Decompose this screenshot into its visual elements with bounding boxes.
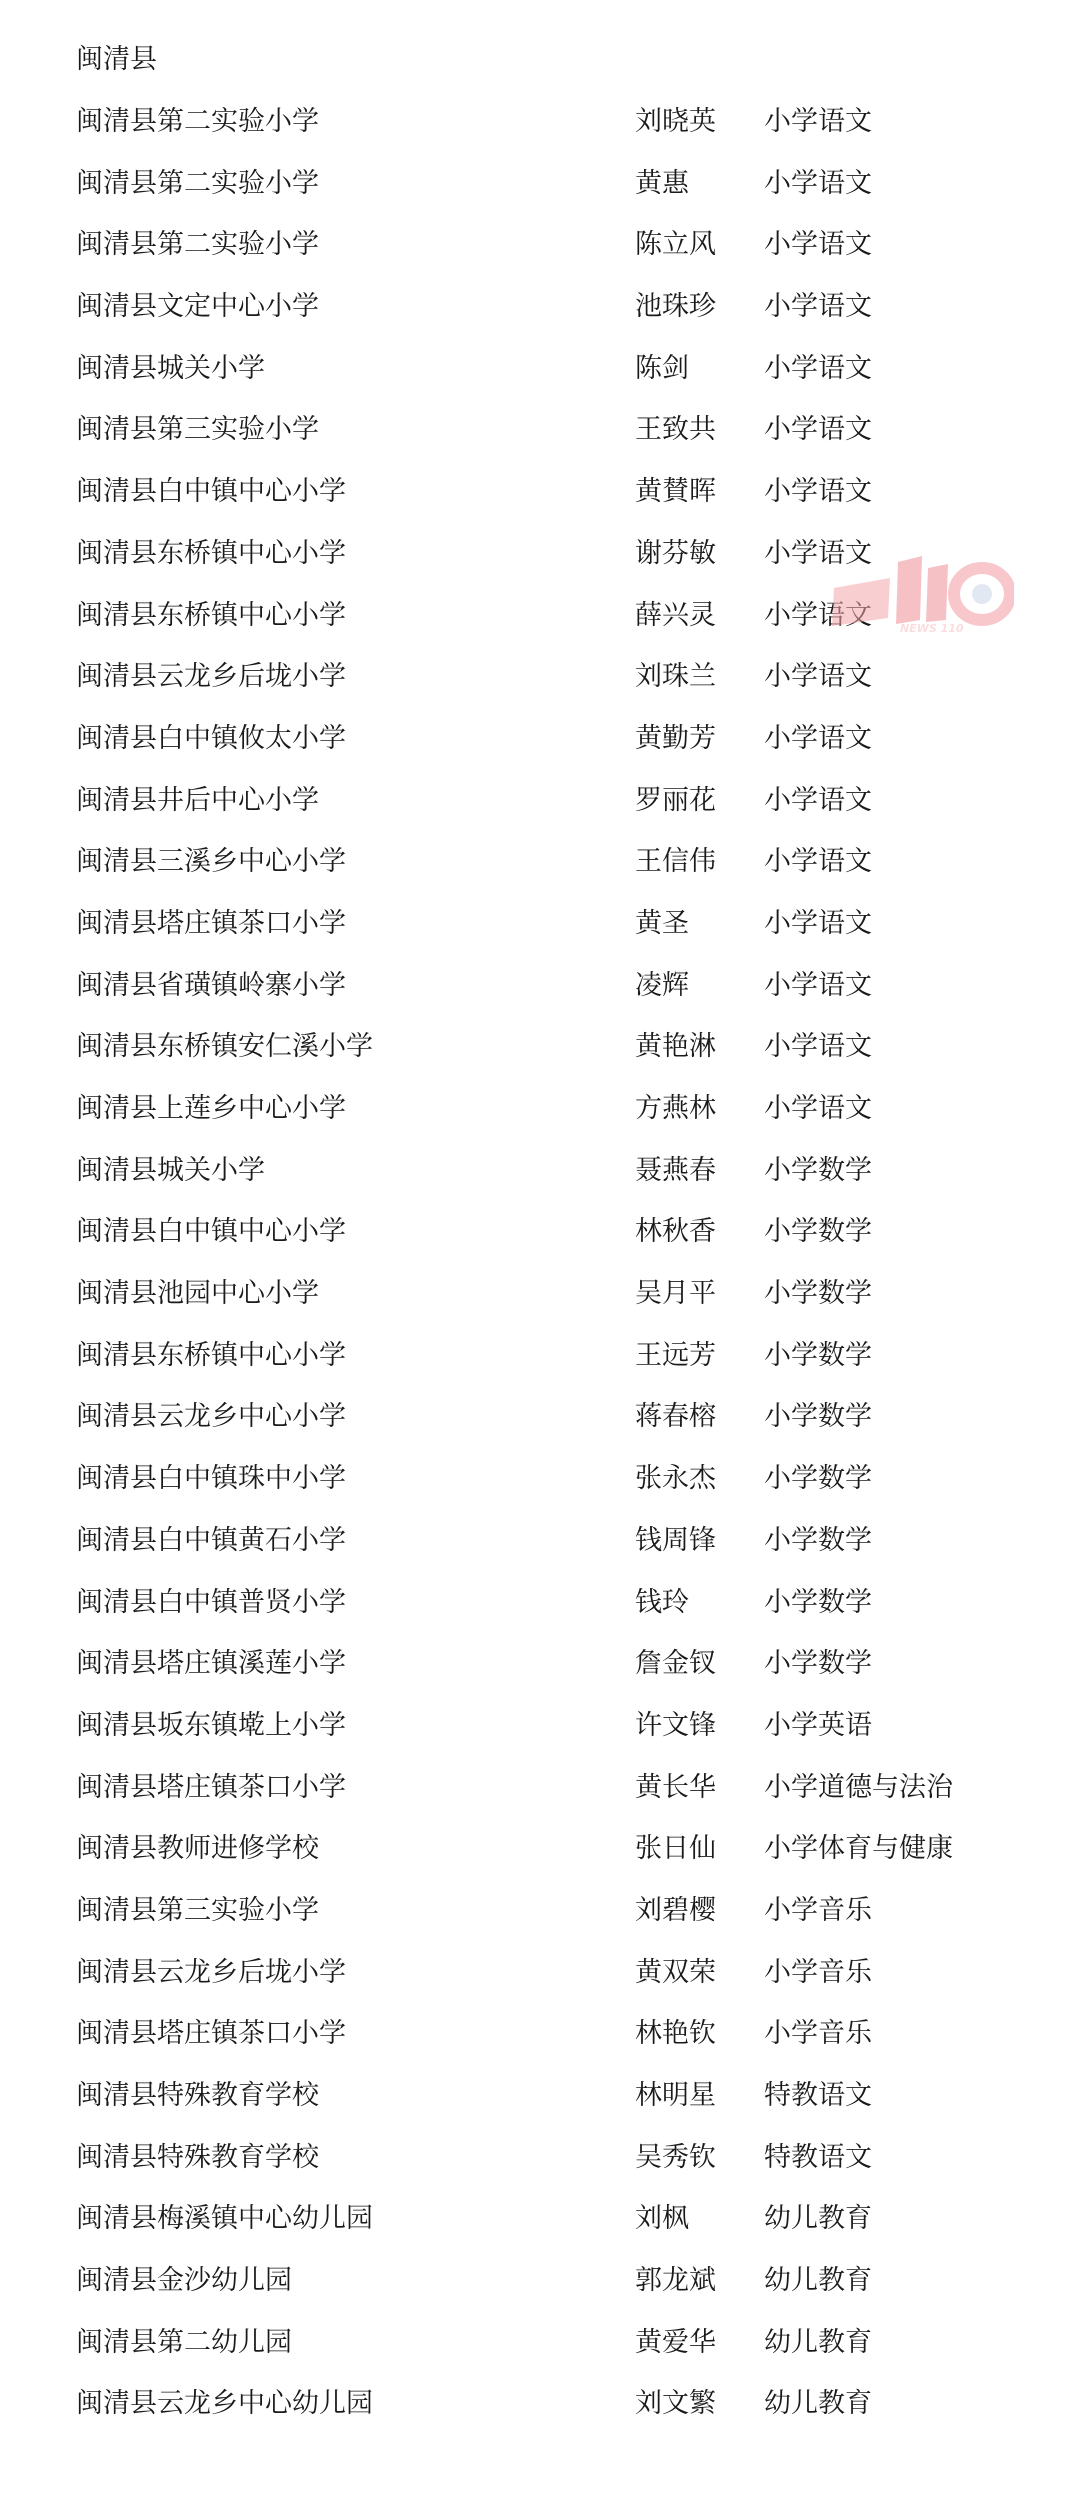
teacher-name: 黄勤芳 (635, 721, 716, 757)
teacher-name: 谢芬敏 (635, 536, 716, 572)
table-row: 闽清县云龙乡后垅小学刘珠兰小学语文 (0, 659, 1080, 721)
table-row: 闽清县塔庄镇茶口小学林艳钦小学音乐 (0, 2016, 1080, 2078)
school-name: 闽清县东桥镇中心小学 (76, 1338, 346, 1374)
school-name: 闽清县第二实验小学 (76, 166, 319, 202)
subject-name: 幼儿教育 (764, 2263, 872, 2299)
subject-name: 小学语文 (764, 536, 872, 572)
table-row: 闽清县东桥镇中心小学薛兴灵小学语文 (0, 598, 1080, 660)
teacher-name: 黄双荣 (635, 1955, 716, 1991)
subject-name: 小学语文 (764, 1091, 872, 1127)
subject-name: 小学语文 (764, 844, 872, 880)
table-row: 闽清县梅溪镇中心幼儿园刘枫幼儿教育 (0, 2201, 1080, 2263)
school-name: 闽清县上莲乡中心小学 (76, 1091, 346, 1127)
school-name: 闽清县云龙乡中心幼儿园 (76, 2386, 373, 2422)
table-row: 闽清县上莲乡中心小学方燕林小学语文 (0, 1091, 1080, 1153)
teacher-list: 闽清县第二实验小学刘晓英小学语文闽清县第二实验小学黄惠小学语文闽清县第二实验小学… (0, 104, 1080, 2448)
teacher-name: 刘文繁 (635, 2386, 716, 2422)
table-row: 闽清县文定中心小学池珠珍小学语文 (0, 289, 1080, 351)
school-name: 闽清县塔庄镇茶口小学 (76, 906, 346, 942)
school-name: 闽清县第三实验小学 (76, 412, 319, 448)
subject-name: 小学语文 (764, 968, 872, 1004)
school-name: 闽清县城关小学 (76, 351, 265, 387)
table-row: 闽清县塔庄镇茶口小学黄圣小学语文 (0, 906, 1080, 968)
teacher-name: 钱周锋 (635, 1523, 716, 1559)
school-name: 闽清县白中镇珠中小学 (76, 1461, 346, 1497)
subject-name: 小学数学 (764, 1585, 872, 1621)
teacher-name: 刘枫 (635, 2201, 689, 2237)
teacher-name: 吴秀钦 (635, 2140, 716, 2176)
school-name: 闽清县特殊教育学校 (76, 2078, 319, 2114)
subject-name: 幼儿教育 (764, 2201, 872, 2237)
subject-name: 小学语文 (764, 227, 872, 263)
teacher-name: 方燕林 (635, 1091, 716, 1127)
table-row: 闽清县特殊教育学校林明星特教语文 (0, 2078, 1080, 2140)
school-name: 闽清县白中镇黄石小学 (76, 1523, 346, 1559)
school-name: 闽清县第二实验小学 (76, 104, 319, 140)
teacher-name: 张日仙 (635, 1831, 716, 1867)
subject-name: 小学音乐 (764, 2016, 872, 2052)
table-row: 闽清县白中镇黄石小学钱周锋小学数学 (0, 1523, 1080, 1585)
school-name: 闽清县塔庄镇茶口小学 (76, 2016, 346, 2052)
teacher-name: 张永杰 (635, 1461, 716, 1497)
teacher-name: 薛兴灵 (635, 598, 716, 634)
subject-name: 小学数学 (764, 1399, 872, 1435)
subject-name: 小学数学 (764, 1276, 872, 1312)
school-name: 闽清县白中镇攸太小学 (76, 721, 346, 757)
table-row: 闽清县东桥镇中心小学王远芳小学数学 (0, 1338, 1080, 1400)
teacher-name: 林明星 (635, 2078, 716, 2114)
table-row: 闽清县白中镇中心小学黄賛晖小学语文 (0, 474, 1080, 536)
subject-name: 小学语文 (764, 474, 872, 510)
teacher-name: 刘碧樱 (635, 1893, 716, 1929)
table-row: 闽清县第三实验小学王致共小学语文 (0, 412, 1080, 474)
teacher-name: 凌辉 (635, 968, 689, 1004)
teacher-name: 黄圣 (635, 906, 689, 942)
school-name: 闽清县三溪乡中心小学 (76, 844, 346, 880)
subject-name: 幼儿教育 (764, 2386, 872, 2422)
table-row: 闽清县云龙乡后垅小学黄双荣小学音乐 (0, 1955, 1080, 2017)
teacher-name: 王致共 (635, 412, 716, 448)
teacher-name: 詹金钗 (635, 1646, 716, 1682)
subject-name: 特教语文 (764, 2140, 872, 2176)
subject-name: 小学语文 (764, 598, 872, 634)
teacher-name: 钱玲 (635, 1585, 689, 1621)
table-row: 闽清县东桥镇中心小学谢芬敏小学语文 (0, 536, 1080, 598)
school-name: 闽清县塔庄镇溪莲小学 (76, 1646, 346, 1682)
school-name: 闽清县金沙幼儿园 (76, 2263, 292, 2299)
table-row: 闽清县白中镇攸太小学黄勤芳小学语文 (0, 721, 1080, 783)
school-name: 闽清县池园中心小学 (76, 1276, 319, 1312)
subject-name: 小学语文 (764, 104, 872, 140)
table-row: 闽清县第二实验小学陈立风小学语文 (0, 227, 1080, 289)
table-row: 闽清县白中镇普贤小学钱玲小学数学 (0, 1585, 1080, 1647)
teacher-name: 黄惠 (635, 166, 689, 202)
school-name: 闽清县城关小学 (76, 1153, 265, 1189)
table-row: 闽清县第二幼儿园黄爱华幼儿教育 (0, 2325, 1080, 2387)
school-name: 闽清县文定中心小学 (76, 289, 319, 325)
subject-name: 小学语文 (764, 166, 872, 202)
table-row: 闽清县教师进修学校张日仙小学体育与健康 (0, 1831, 1080, 1893)
school-name: 闽清县白中镇中心小学 (76, 474, 346, 510)
subject-name: 小学音乐 (764, 1955, 872, 1991)
table-row: 闽清县城关小学陈剑小学语文 (0, 351, 1080, 413)
teacher-name: 陈剑 (635, 351, 689, 387)
teacher-name: 王信伟 (635, 844, 716, 880)
table-row: 闽清县白中镇中心小学林秋香小学数学 (0, 1214, 1080, 1276)
school-name: 闽清县塔庄镇茶口小学 (76, 1770, 346, 1806)
teacher-name: 刘珠兰 (635, 659, 716, 695)
table-row: 闽清县第二实验小学黄惠小学语文 (0, 166, 1080, 228)
teacher-name: 池珠珍 (635, 289, 716, 325)
teacher-name: 陈立风 (635, 227, 716, 263)
subject-name: 小学数学 (764, 1523, 872, 1559)
school-name: 闽清县东桥镇安仁溪小学 (76, 1029, 373, 1065)
table-row: 闽清县云龙乡中心幼儿园刘文繁幼儿教育 (0, 2386, 1080, 2448)
table-row: 闽清县省璜镇岭寨小学凌辉小学语文 (0, 968, 1080, 1030)
subject-name: 小学语文 (764, 659, 872, 695)
school-name: 闽清县坂东镇墘上小学 (76, 1708, 346, 1744)
subject-name: 小学数学 (764, 1461, 872, 1497)
county-heading: 闽清县 (76, 42, 157, 78)
school-name: 闽清县白中镇普贤小学 (76, 1585, 346, 1621)
teacher-name: 黄賛晖 (635, 474, 716, 510)
table-row: 闽清县特殊教育学校吴秀钦特教语文 (0, 2140, 1080, 2202)
subject-name: 特教语文 (764, 2078, 872, 2114)
teacher-name: 刘晓英 (635, 104, 716, 140)
subject-name: 小学语文 (764, 906, 872, 942)
table-row: 闽清县城关小学聂燕春小学数学 (0, 1153, 1080, 1215)
teacher-name: 黄长华 (635, 1770, 716, 1806)
teacher-name: 林艳钦 (635, 2016, 716, 2052)
table-row: 闽清县第二实验小学刘晓英小学语文 (0, 104, 1080, 166)
subject-name: 小学语文 (764, 1029, 872, 1065)
subject-name: 小学数学 (764, 1646, 872, 1682)
subject-name: 小学体育与健康 (764, 1831, 953, 1867)
subject-name: 小学数学 (764, 1153, 872, 1189)
school-name: 闽清县东桥镇中心小学 (76, 598, 346, 634)
subject-name: 小学英语 (764, 1708, 872, 1744)
school-name: 闽清县特殊教育学校 (76, 2140, 319, 2176)
table-row: 闽清县第三实验小学刘碧樱小学音乐 (0, 1893, 1080, 1955)
teacher-name: 黄爱华 (635, 2325, 716, 2361)
teacher-name: 吴月平 (635, 1276, 716, 1312)
subject-name: 小学数学 (764, 1338, 872, 1374)
subject-name: 小学语文 (764, 721, 872, 757)
table-row: 闽清县云龙乡中心小学蒋春榕小学数学 (0, 1399, 1080, 1461)
table-row: 闽清县坂东镇墘上小学许文锋小学英语 (0, 1708, 1080, 1770)
school-name: 闽清县教师进修学校 (76, 1831, 319, 1867)
subject-name: 小学音乐 (764, 1893, 872, 1929)
school-name: 闽清县东桥镇中心小学 (76, 536, 346, 572)
table-row: 闽清县井后中心小学罗丽花小学语文 (0, 783, 1080, 845)
teacher-name: 郭龙斌 (635, 2263, 716, 2299)
teacher-name: 蒋春榕 (635, 1399, 716, 1435)
subject-name: 幼儿教育 (764, 2325, 872, 2361)
school-name: 闽清县梅溪镇中心幼儿园 (76, 2201, 373, 2237)
table-row: 闽清县塔庄镇茶口小学黄长华小学道德与法治 (0, 1770, 1080, 1832)
table-row: 闽清县金沙幼儿园郭龙斌幼儿教育 (0, 2263, 1080, 2325)
teacher-name: 黄艳淋 (635, 1029, 716, 1065)
subject-name: 小学语文 (764, 783, 872, 819)
teacher-name: 许文锋 (635, 1708, 716, 1744)
table-row: 闽清县东桥镇安仁溪小学黄艳淋小学语文 (0, 1029, 1080, 1091)
subject-name: 小学语文 (764, 412, 872, 448)
school-name: 闽清县云龙乡后垅小学 (76, 659, 346, 695)
subject-name: 小学道德与法治 (764, 1770, 953, 1806)
school-name: 闽清县云龙乡中心小学 (76, 1399, 346, 1435)
table-row: 闽清县池园中心小学吴月平小学数学 (0, 1276, 1080, 1338)
subject-name: 小学语文 (764, 351, 872, 387)
subject-name: 小学语文 (764, 289, 872, 325)
subject-name: 小学数学 (764, 1214, 872, 1250)
school-name: 闽清县云龙乡后垅小学 (76, 1955, 346, 1991)
school-name: 闽清县井后中心小学 (76, 783, 319, 819)
table-row: 闽清县塔庄镇溪莲小学詹金钗小学数学 (0, 1646, 1080, 1708)
table-row: 闽清县三溪乡中心小学王信伟小学语文 (0, 844, 1080, 906)
school-name: 闽清县第二幼儿园 (76, 2325, 292, 2361)
teacher-name: 林秋香 (635, 1214, 716, 1250)
school-name: 闽清县省璜镇岭寨小学 (76, 968, 346, 1004)
school-name: 闽清县第二实验小学 (76, 227, 319, 263)
teacher-name: 聂燕春 (635, 1153, 716, 1189)
table-row: 闽清县白中镇珠中小学张永杰小学数学 (0, 1461, 1080, 1523)
school-name: 闽清县第三实验小学 (76, 1893, 319, 1929)
teacher-name: 王远芳 (635, 1338, 716, 1374)
school-name: 闽清县白中镇中心小学 (76, 1214, 346, 1250)
teacher-name: 罗丽花 (635, 783, 716, 819)
